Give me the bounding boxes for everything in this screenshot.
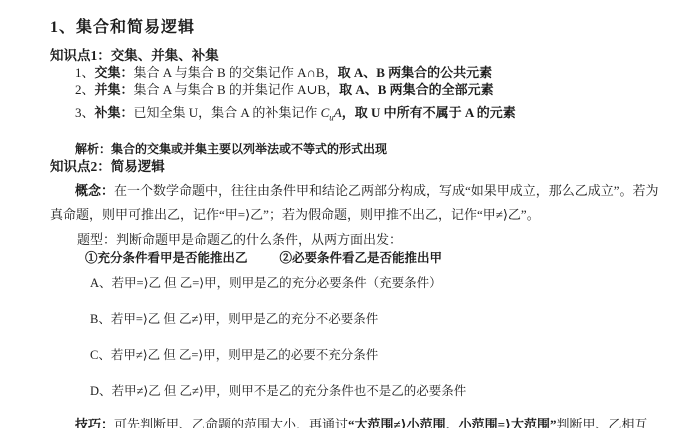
concept-text-line1: 在一个数学命题中，往往由条件甲和结论乙两部分构成，写成“如果甲成立，那么乙成立”… xyxy=(114,183,659,198)
item-number: 1、 xyxy=(75,65,95,80)
technique-pre: 可先判断甲、乙命题的范围大小，再通过 xyxy=(114,417,348,428)
intersection-item: 1、交集：集合 A 与集合 B 的交集记作 A∩B，取 A、B 两集合的公共元素 xyxy=(75,64,670,81)
complement-item: 3、补集：已知全集 U，集合 A 的补集记作 CuA，取 U 中所有不属于 A … xyxy=(75,104,670,127)
condition-points: ①充分条件看甲是否能推出乙②必要条件看乙是否能推出甲 xyxy=(85,250,670,266)
formula-base: C xyxy=(321,105,330,120)
concept-paragraph-line2: 真命题，则甲可推出乙，记作“甲=⟩乙”；若为假命题，则甲推不出乙，记作“甲≠⟩乙… xyxy=(50,203,670,227)
item-number: 2、 xyxy=(75,82,95,97)
complement-formula: CuA xyxy=(321,105,342,120)
necessary-condition-point: ②必要条件看乙是否能推出甲 xyxy=(280,251,443,265)
formula-tail: A xyxy=(334,105,342,120)
option-row-b: B、若甲=⟩乙 但 乙≠⟩甲，则甲是乙的充分不必要条件 xyxy=(90,311,670,328)
concept-label: 概念： xyxy=(75,183,114,198)
technique-note: 技巧：可先判断甲、乙命题的范围大小，再通过“大范围≠⟩小范围，小范围=⟩大范围”… xyxy=(75,416,670,428)
technique-emphasis: “大范围≠⟩小范围，小范围=⟩大范围” xyxy=(348,417,556,428)
kp1-heading: 知识点1：交集、并集、补集 xyxy=(50,48,670,64)
option-text: 若甲=⟩乙 但 乙≠⟩甲，则甲是乙的充分不必要条件 xyxy=(111,312,378,326)
item-term: 并集： xyxy=(95,82,134,97)
concept-paragraph-line1: 概念：在一个数学命题中，往往由条件甲和结论乙两部分构成，写成“如果甲成立，那么乙… xyxy=(50,179,670,203)
option-row-d: D、若甲≠⟩乙 但 乙≠⟩甲，则甲不是乙的充分条件也不是乙的必要条件 xyxy=(90,383,670,400)
option-text: 若甲=⟩乙 但 乙=⟩甲，则甲是乙的充分必要条件（充要条件） xyxy=(112,276,442,290)
sufficient-condition-point: ①充分条件看甲是否能推出乙 xyxy=(85,251,248,265)
option-text: 若甲≠⟩乙 但 乙≠⟩甲，则甲不是乙的充分条件也不是乙的必要条件 xyxy=(112,384,467,398)
item-body: 集合 A 与集合 B 的并集记作 A∪B， xyxy=(134,82,340,97)
item-body: 已知全集 U，集合 A 的补集记作 xyxy=(134,105,321,120)
analysis-note: 解析：集合的交集或并集主要以列举法或不等式的形式出现 xyxy=(75,142,670,157)
item-emphasis: 取 A、B 两集合的全部元素 xyxy=(339,82,494,97)
analysis-label: 解析： xyxy=(75,142,111,156)
union-item: 2、并集：集合 A 与集合 B 的并集记作 A∪B，取 A、B 两集合的全部元素 xyxy=(75,81,670,98)
technique-post: 判断甲、乙相互 xyxy=(556,417,647,428)
option-letter: D、 xyxy=(90,384,112,398)
question-type-label: 题型： xyxy=(77,232,116,247)
kp2-heading: 知识点2：简易逻辑 xyxy=(50,159,670,175)
item-emphasis: 取 A、B 两集合的公共元素 xyxy=(338,65,493,80)
doc-title: 1、集合和简易逻辑 xyxy=(50,18,670,38)
option-letter: B、 xyxy=(90,312,111,326)
option-letter: C、 xyxy=(90,348,111,362)
item-emphasis: ，取 U 中所有不属于 A 的元素 xyxy=(342,105,516,120)
item-body: 集合 A 与集合 B 的交集记作 A∩B， xyxy=(134,65,338,80)
technique-label: 技巧： xyxy=(75,417,114,428)
option-row-c: C、若甲≠⟩乙 但 乙=⟩甲，则甲是乙的必要不充分条件 xyxy=(90,347,670,364)
question-type-line: 题型：判断命题甲是命题乙的什么条件，从两方面出发： xyxy=(77,231,670,248)
option-row-a: A、若甲=⟩乙 但 乙=⟩甲，则甲是乙的充分必要条件（充要条件） xyxy=(90,275,670,292)
item-number: 3、 xyxy=(75,105,95,120)
option-text: 若甲≠⟩乙 但 乙=⟩甲，则甲是乙的必要不充分条件 xyxy=(111,348,378,362)
document-page: 1、集合和简易逻辑 知识点1：交集、并集、补集 1、交集：集合 A 与集合 B … xyxy=(0,0,680,428)
item-term: 交集： xyxy=(95,65,134,80)
item-term: 补集： xyxy=(95,105,134,120)
analysis-text: 集合的交集或并集主要以列举法或不等式的形式出现 xyxy=(111,142,387,156)
question-type-text: 判断命题甲是命题乙的什么条件，从两方面出发： xyxy=(116,232,402,247)
option-letter: A、 xyxy=(90,276,112,290)
